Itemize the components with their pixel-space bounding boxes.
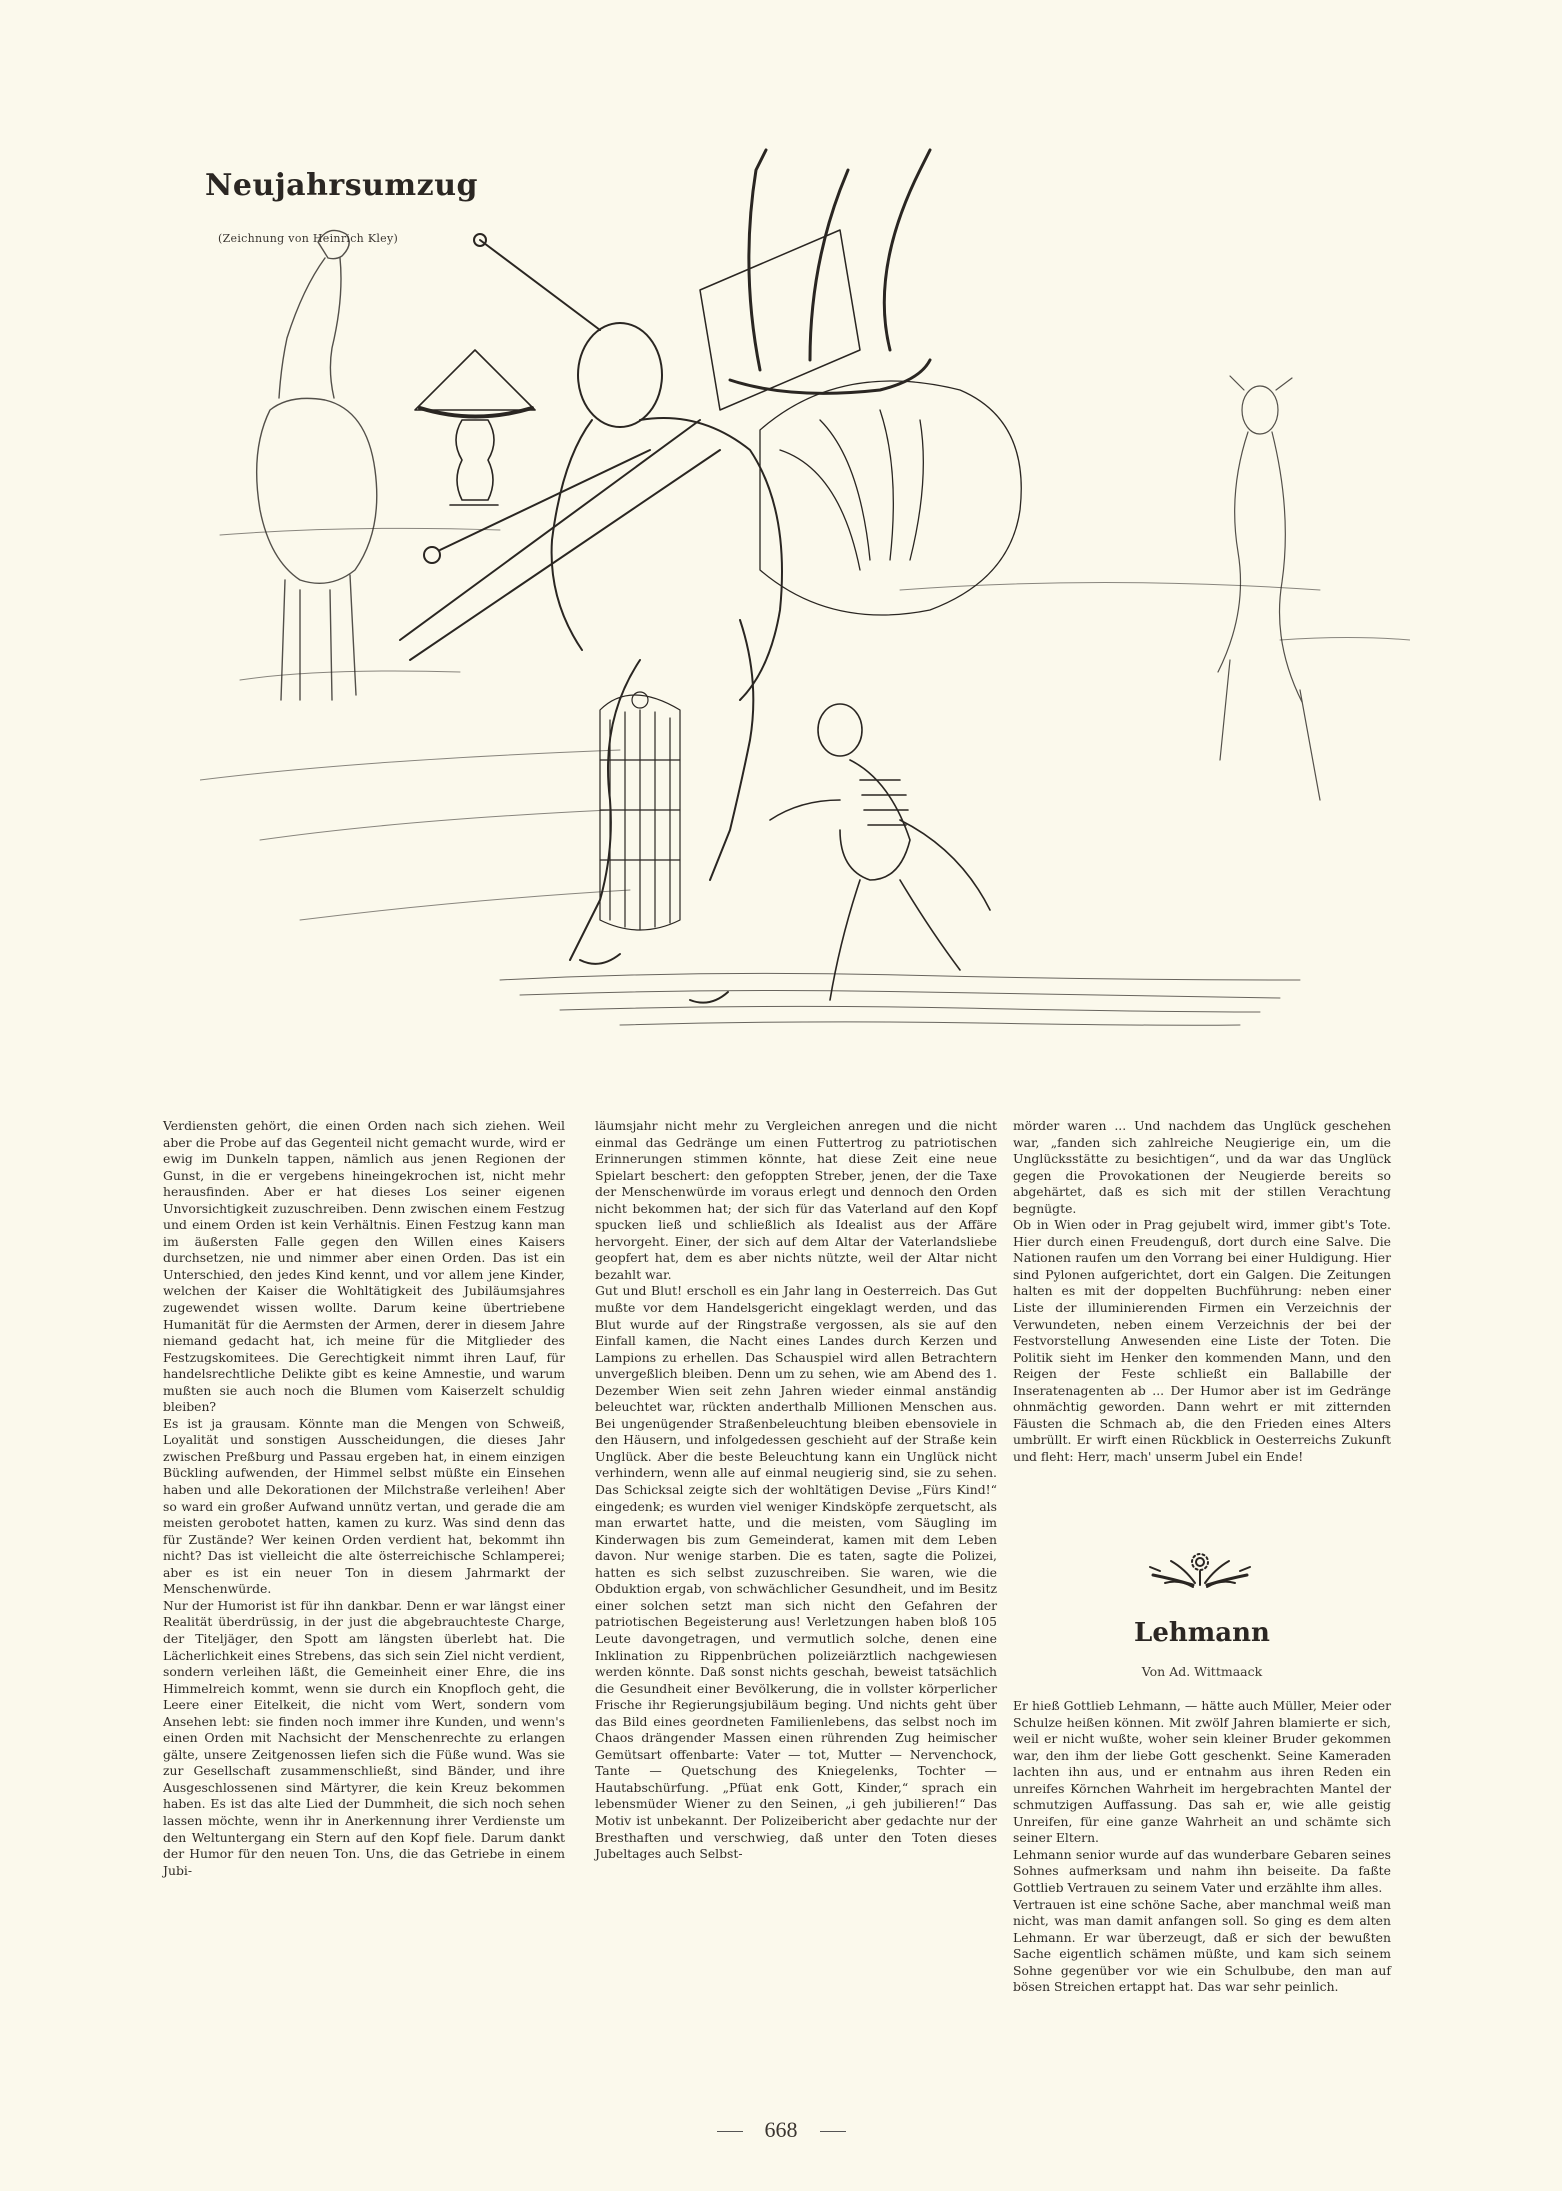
dash-right: [820, 2131, 846, 2132]
paragraph: Nur der Humorist ist für ihn dankbar. De…: [163, 1598, 565, 1879]
paragraph: Gut und Blut! erscholl es ein Jahr lang …: [595, 1283, 997, 1862]
article-column-1: Verdiensten gehört, die einen Orden nach…: [163, 1118, 565, 1879]
story-title: Lehmann: [1013, 1618, 1391, 1648]
paragraph: Lehmann senior wurde auf das wunderbare …: [1013, 1847, 1391, 1897]
paragraph: mörder waren ... Und nachdem das Unglück…: [1013, 1118, 1391, 1217]
illustration: [200, 120, 1410, 1095]
story-body: Er hieß Gottlieb Lehmann, — hätte auch M…: [1013, 1698, 1391, 1996]
article-column-3: mörder waren ... Und nachdem das Unglück…: [1013, 1118, 1391, 1465]
paragraph: Er hieß Gottlieb Lehmann, — hätte auch M…: [1013, 1698, 1391, 1847]
paragraph: Verdiensten gehört, die einen Orden nach…: [163, 1118, 565, 1416]
pen-drawing-icon: [200, 120, 1410, 1095]
paragraph: Es ist ja grausam. Könnte man die Mengen…: [163, 1416, 565, 1598]
article-column-2: läumsjahr nicht mehr zu Vergleichen anre…: [595, 1118, 997, 1863]
page-number-value: 668: [765, 2117, 798, 2142]
paragraph: Ob in Wien oder in Prag gejubelt wird, i…: [1013, 1217, 1391, 1465]
page-number: 668: [0, 2117, 1562, 2143]
paragraph: läumsjahr nicht mehr zu Vergleichen anre…: [595, 1118, 997, 1283]
floral-ornament-icon: [1145, 1553, 1255, 1589]
dash-left: [717, 2131, 743, 2132]
paragraph: Vertrauen ist eine schöne Sache, aber ma…: [1013, 1897, 1391, 1996]
story-byline: Von Ad. Wittmaack: [1013, 1664, 1391, 1679]
